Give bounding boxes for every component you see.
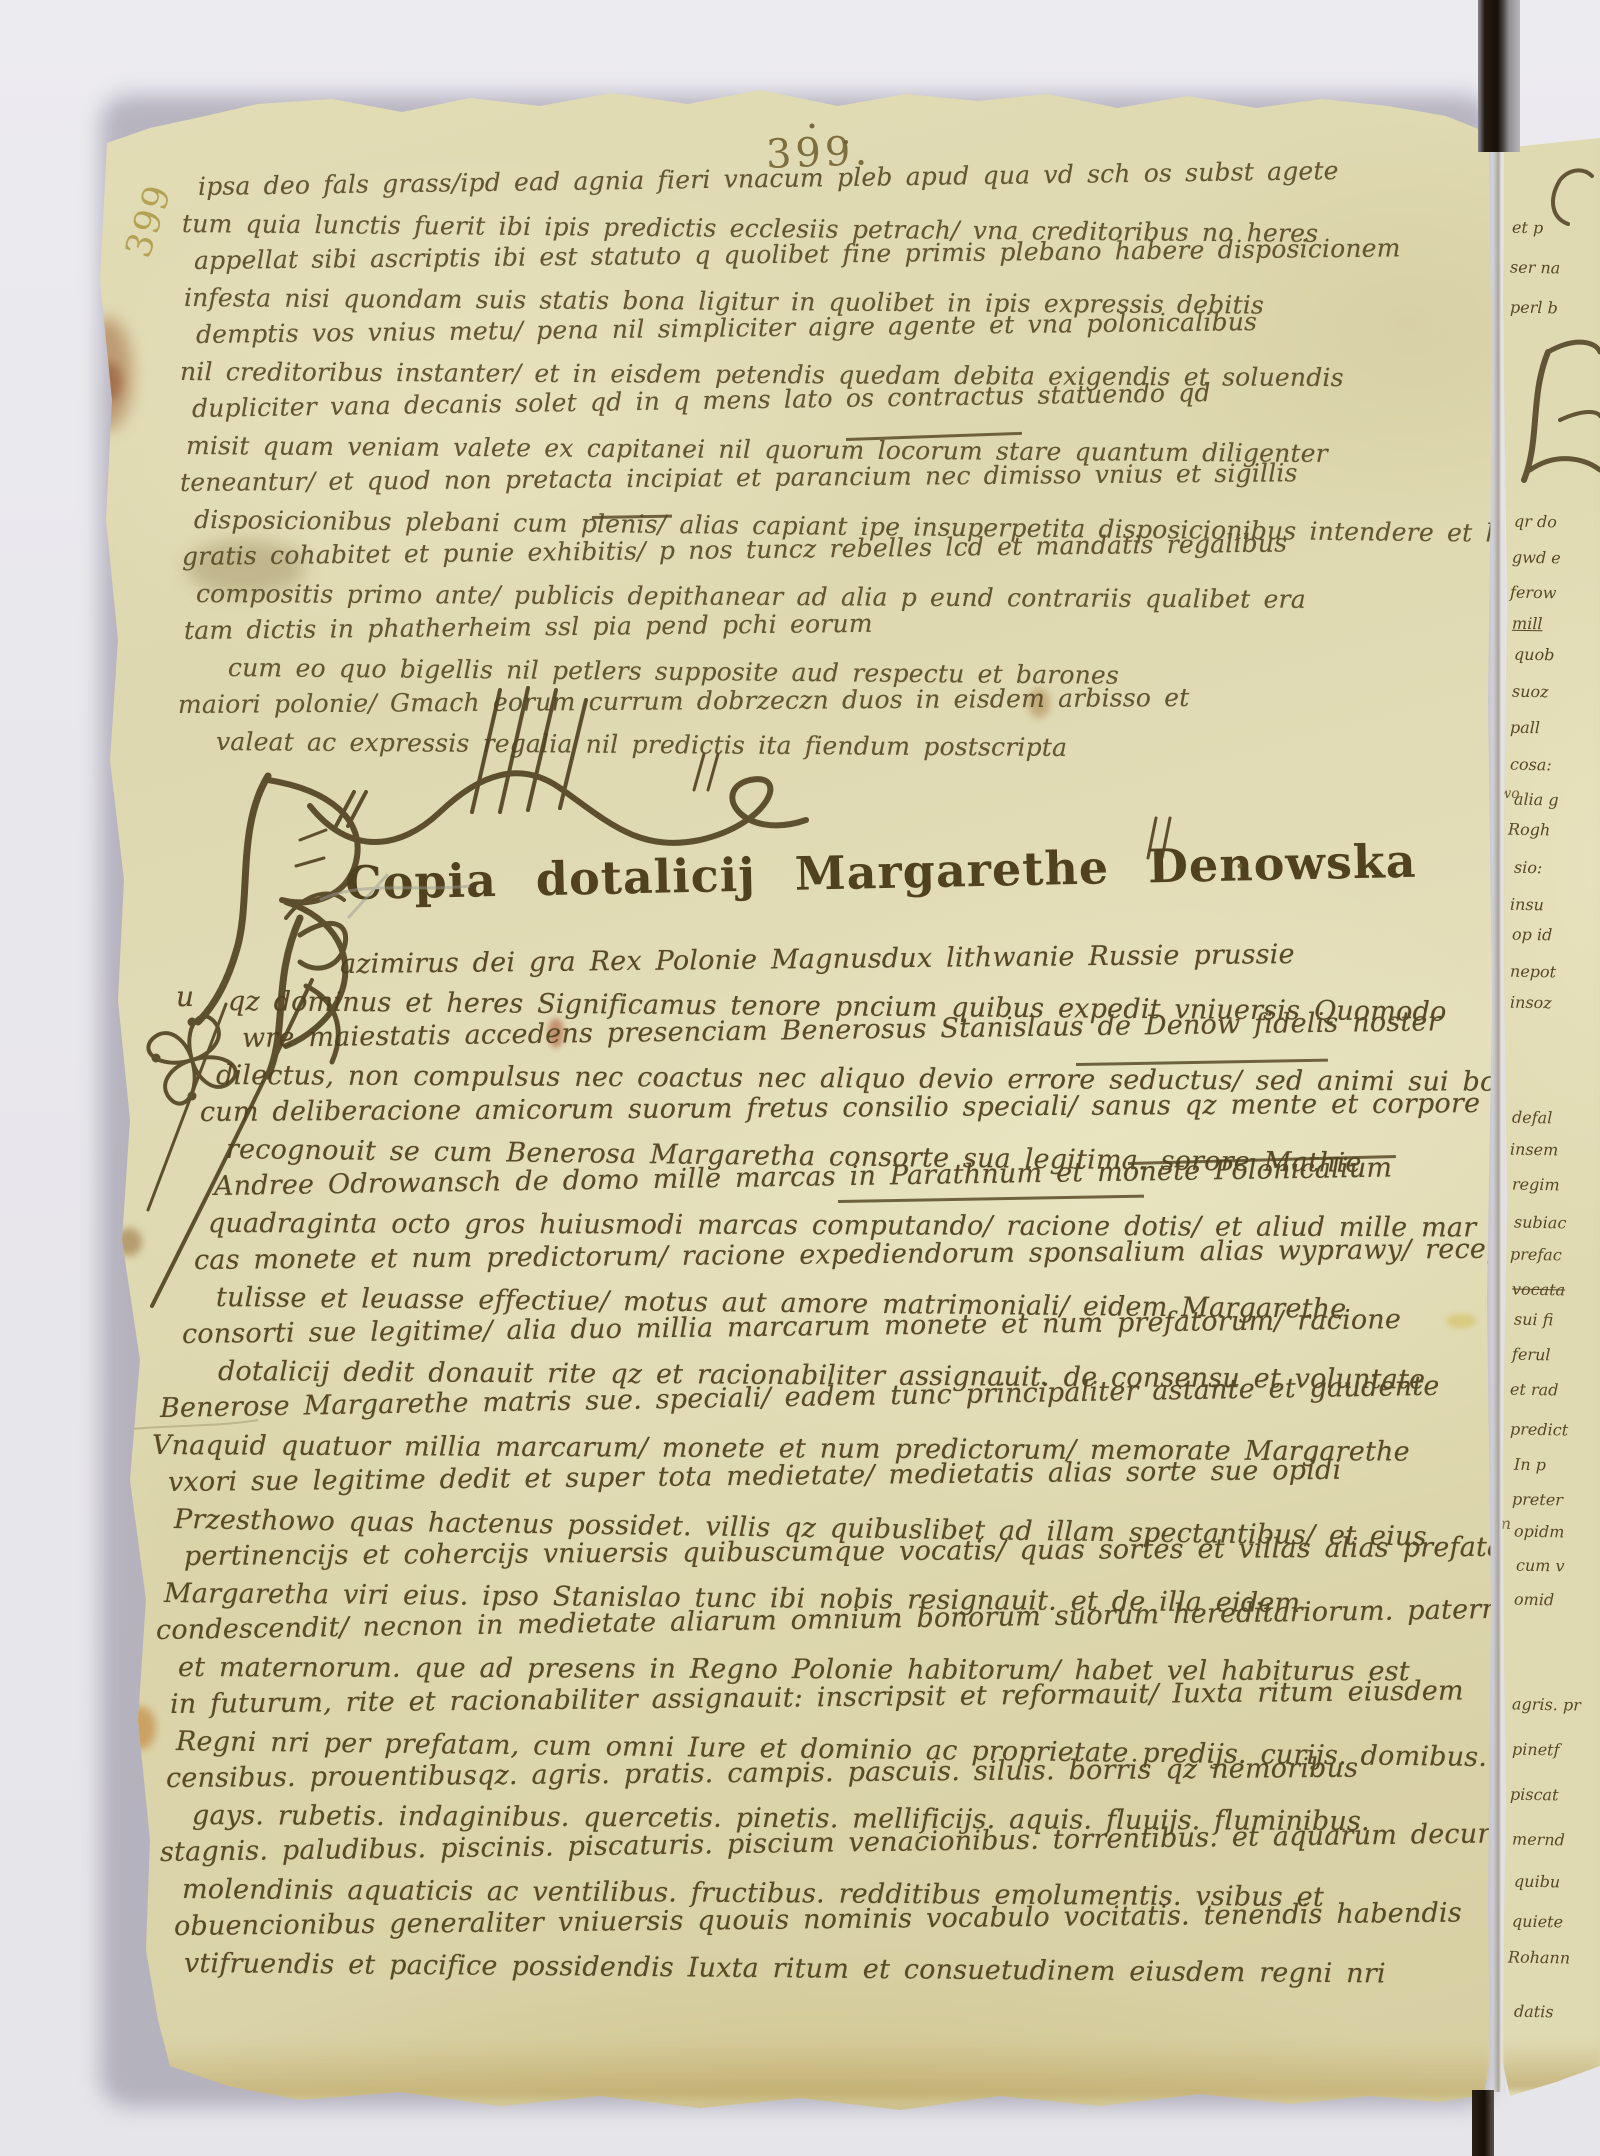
cutoff-text-fragment: quob	[1514, 645, 1555, 665]
page-gutter-seam	[1493, 148, 1505, 2092]
cutoff-text-fragment: qr do	[1514, 512, 1557, 532]
cutoff-text-fragment: op id	[1512, 925, 1553, 945]
cutoff-text-fragment: datis	[1514, 2002, 1554, 2022]
cutoff-text-fragment: ser na	[1510, 258, 1561, 278]
cadel-swash	[310, 773, 806, 843]
cutoff-text-fragment: prefac	[1510, 1245, 1562, 1265]
manuscript-text-line: valeat ac expressis regalia nil predicti…	[216, 723, 1559, 769]
cutoff-text-fragment: mill	[1512, 614, 1543, 634]
cutoff-text-fragment: cum v	[1516, 1556, 1565, 1576]
cutoff-text-fragment: pinetf	[1512, 1740, 1560, 1760]
cutoff-text-fragment: pall	[1510, 718, 1540, 738]
manuscript-text-line: azimirus dei gra Rex Polonie Magnusdux l…	[340, 933, 1600, 983]
cutoff-text-fragment: regim	[1512, 1175, 1560, 1195]
manuscript-page-verso: 399. 399 ipsa deo fals grass/ipd ead agn…	[0, 0, 1600, 2156]
bottom-edge-browning	[130, 2040, 1490, 2098]
bottom-edge-browning	[1502, 2040, 1600, 2090]
cutoff-text-fragment: et p	[1512, 218, 1544, 238]
cutoff-text-fragment: sio:	[1514, 858, 1543, 877]
cutoff-text-fragment: insem	[1510, 1140, 1559, 1160]
cutoff-text-fragment: sui fi	[1514, 1310, 1554, 1330]
cutoff-text-fragment: predict	[1510, 1419, 1568, 1439]
cutoff-initial	[1524, 342, 1600, 480]
cutoff-text-fragment: nepot	[1510, 962, 1556, 982]
cutoff-text-fragment: suoz	[1512, 682, 1549, 702]
cutoff-text-fragment: Rogh	[1508, 820, 1551, 840]
charter-text-block: azimirus dei gra Rex Polonie Magnusdux l…	[190, 946, 1600, 1982]
cutoff-text-fragment: mernd	[1512, 1830, 1565, 1850]
cutoff-text-fragment: In p	[1514, 1455, 1546, 1475]
cutoff-text-fragment: ferow	[1510, 583, 1557, 603]
cutoff-text-fragment: defal	[1512, 1108, 1553, 1128]
binding-bar-top	[1478, 0, 1520, 152]
scanned-manuscript-photo: 399. 399 ipsa deo fals grass/ipd ead agn…	[0, 0, 1600, 2156]
upper-text-block: ipsa deo fals grass/ipd ead agnia fieri …	[186, 168, 1558, 760]
cutoff-text-fragment: omid	[1514, 1590, 1554, 1610]
cutoff-text-fragment: perl b	[1510, 298, 1558, 318]
cutoff-text-fragment: ferul	[1512, 1345, 1551, 1365]
cutoff-text-fragment: Rohann	[1508, 1947, 1570, 1967]
folio-number-margin-rotated: 399	[118, 179, 180, 263]
manuscript-text-line: vtifruendis et pacifice possidendis Iuxt…	[184, 1945, 1600, 1994]
cutoff-text-fragment: quibu	[1514, 1872, 1561, 1892]
cutoff-text-fragment: quiete	[1512, 1912, 1563, 1932]
cutoff-text-fragment: insu	[1510, 895, 1544, 915]
cutoff-text-fragment: piscat	[1510, 1785, 1559, 1805]
manuscript-text-line: ipsa deo fals grass/ipd ead agnia fieri …	[198, 149, 1559, 205]
binding-bar-bottom	[1472, 2090, 1494, 2156]
cutoff-text-fragment: et rad	[1510, 1380, 1559, 1400]
cutoff-text-fragment: subiac	[1514, 1213, 1567, 1233]
cutoff-text-fragment: cosa:	[1510, 755, 1552, 775]
hook-flourish	[1553, 170, 1592, 224]
cutoff-text-fragment: insoz	[1510, 993, 1552, 1013]
cutoff-text-fragment: preter	[1512, 1490, 1563, 1510]
cutoff-text-fragment: vocata	[1512, 1280, 1565, 1300]
cutoff-text-fragment: agris. pr	[1512, 1694, 1581, 1714]
heading-copia-dotalicij: Copia dotalicij Margarethe Denowska	[345, 834, 1418, 910]
cutoff-text-fragment: alia g	[1514, 790, 1559, 810]
cutoff-text-fragment: gwd e	[1512, 548, 1561, 568]
cutoff-text-fragment: opidm	[1514, 1522, 1565, 1542]
